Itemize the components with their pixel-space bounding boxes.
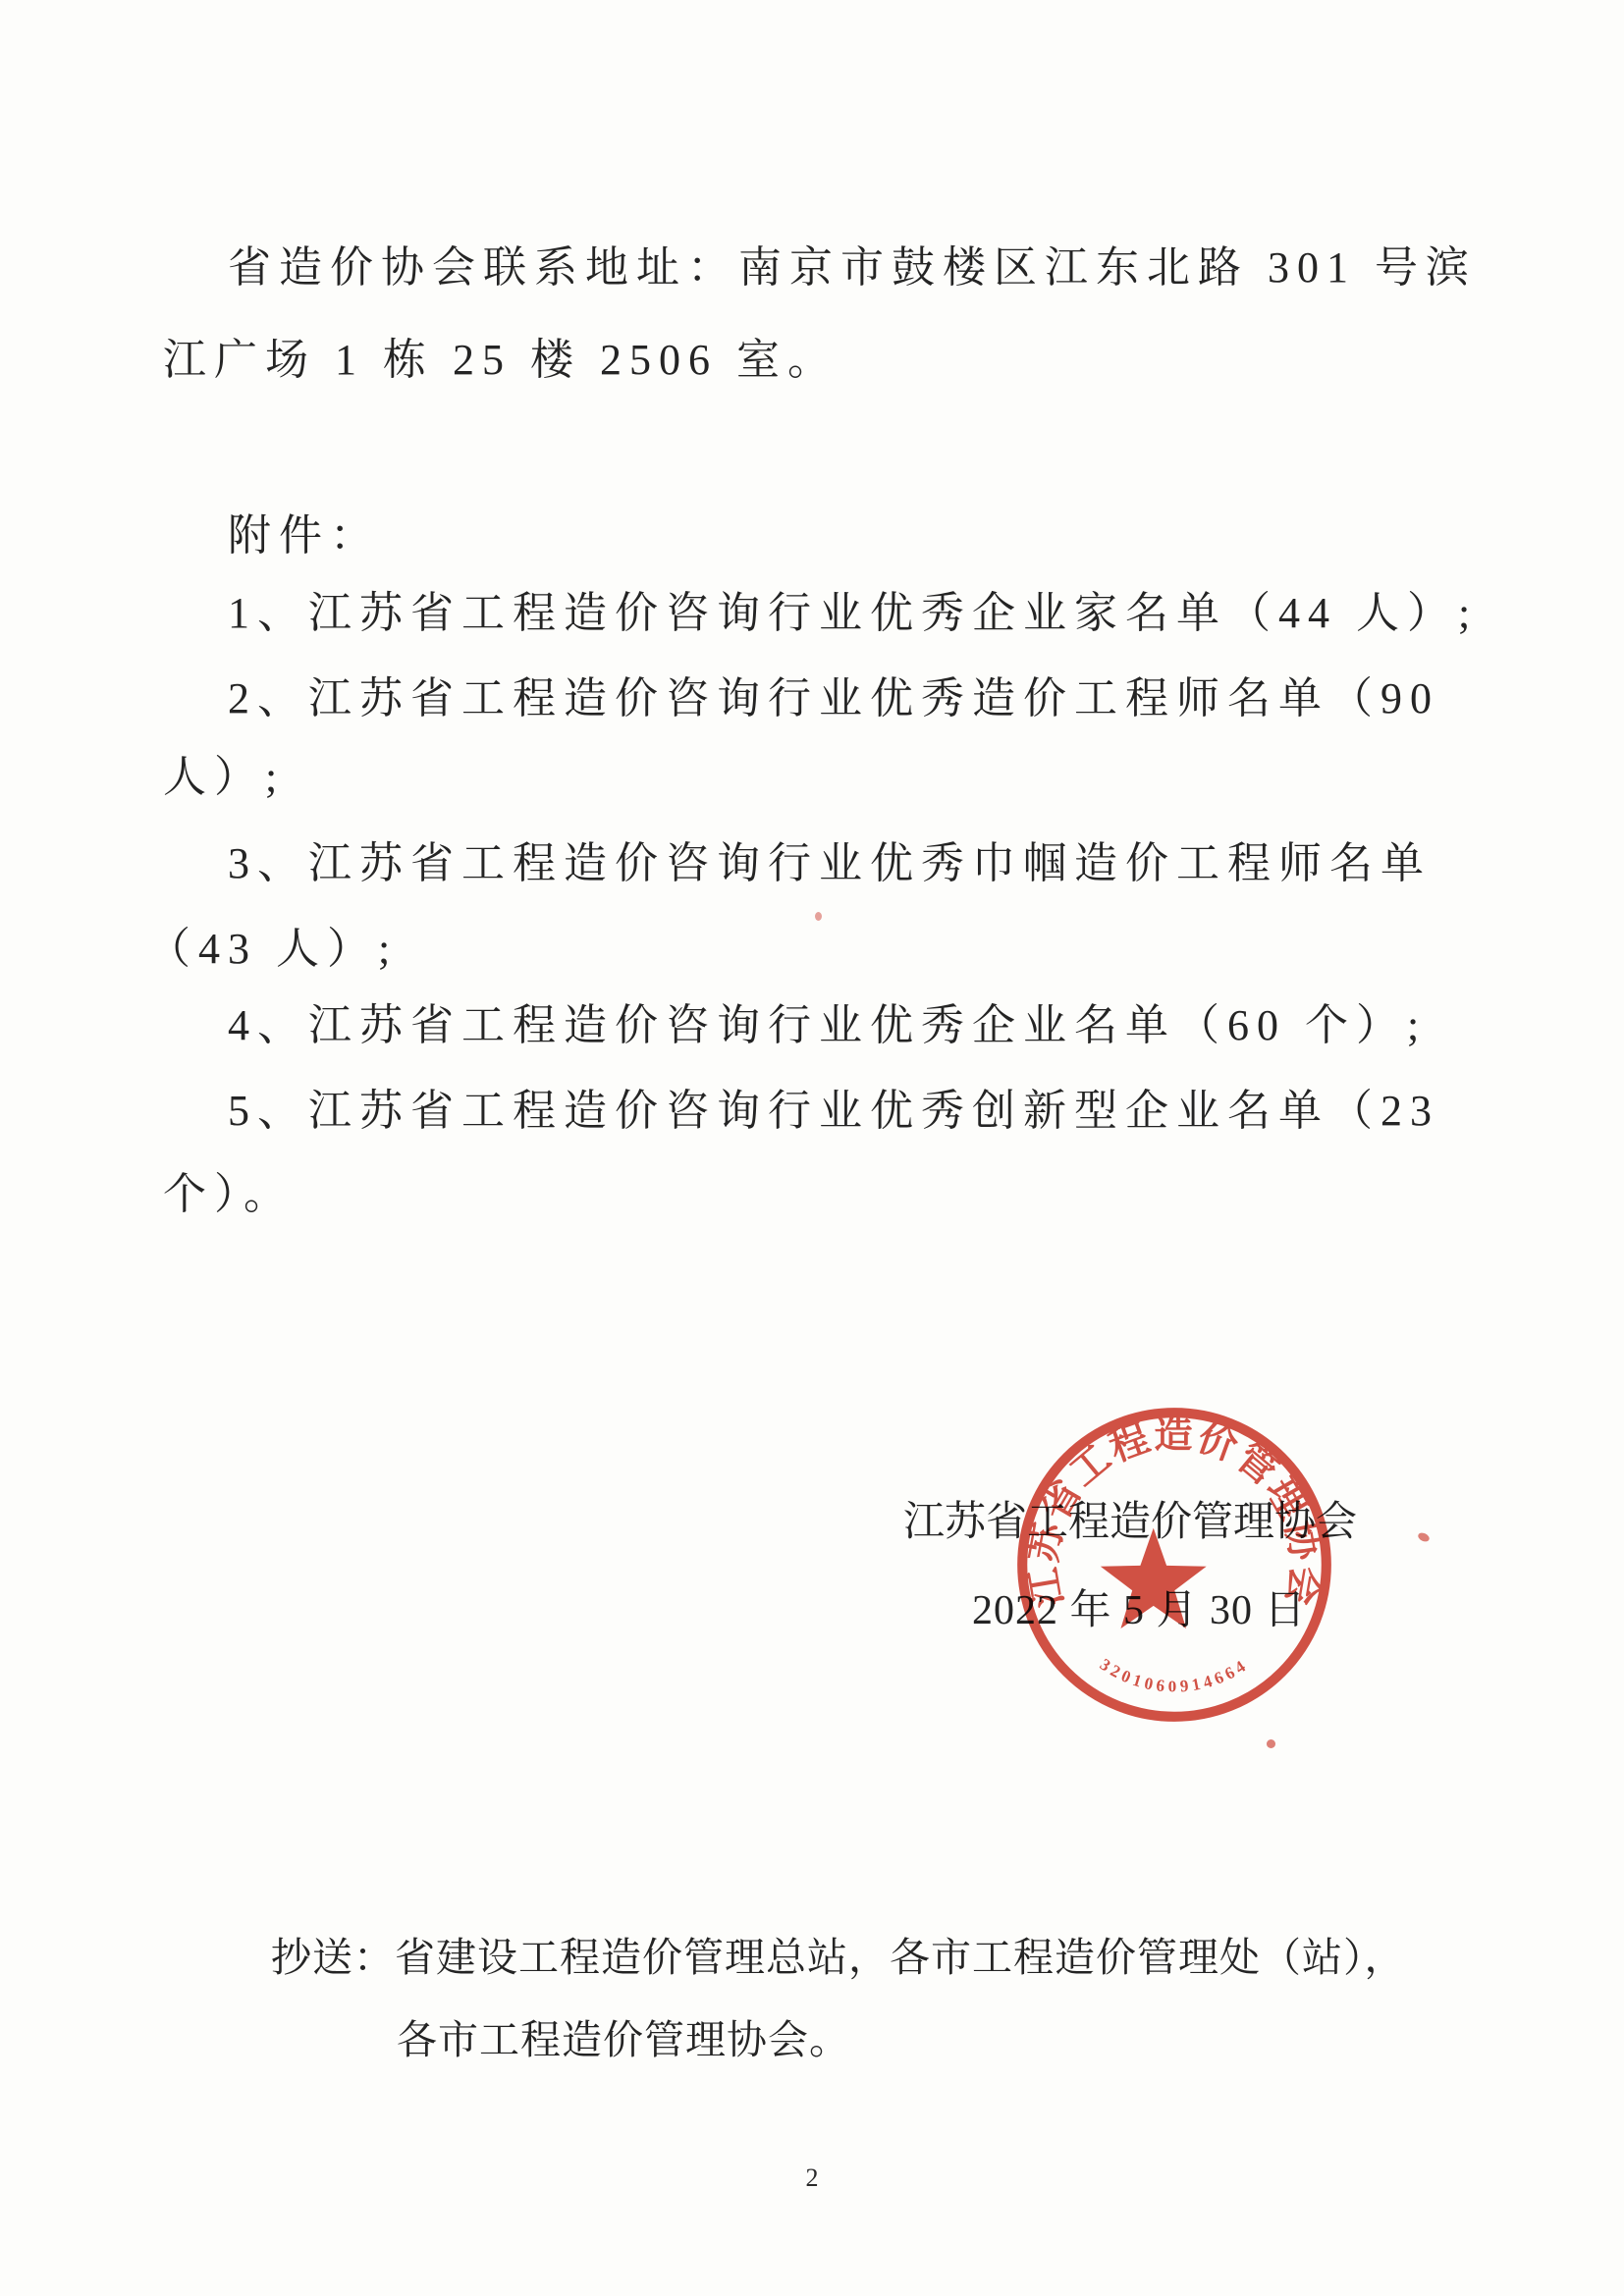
document-page: 省造价协会联系地址：南京市鼓楼区江东北路 301 号滨 江广场 1 栋 25 楼…: [0, 0, 1624, 2296]
attachments-heading: 附件：: [228, 514, 381, 558]
attachment-item-5-line-1: 5、江苏省工程造价咨询行业优秀创新型企业名单（23: [228, 1090, 1439, 1133]
attachment-item-3-line-2: （43 人）;: [147, 928, 398, 971]
ink-speck: [1417, 1531, 1431, 1543]
page-number: 2: [0, 2163, 1624, 2193]
attachment-item-2-line-1: 2、江苏省工程造价咨询行业优秀造价工程师名单（90: [228, 677, 1439, 721]
ink-speck: [815, 912, 822, 921]
cc-line-2: 各市工程造价管理协会。: [397, 2020, 850, 2060]
attachment-item-1: 1、江苏省工程造价咨询行业优秀企业家名单（44 人）;: [228, 592, 1478, 635]
address-line-1: 省造价协会联系地址：南京市鼓楼区江东北路 301 号滨: [228, 246, 1477, 290]
ink-speck: [1267, 1739, 1275, 1748]
attachment-item-3-line-1: 3、江苏省工程造价咨询行业优秀巾帼造价工程师名单: [228, 842, 1432, 885]
cc-line-1: 抄送：省建设工程造价管理总站，各市工程造价管理处（站），: [271, 1938, 1406, 1978]
attachment-item-4: 4、江苏省工程造价咨询行业优秀企业名单（60 个）;: [228, 1004, 1427, 1047]
address-line-2: 江广场 1 栋 25 楼 2506 室。: [163, 339, 839, 382]
seal-star-icon: [1101, 1528, 1207, 1629]
seal-code: 3201060914664: [1097, 1655, 1252, 1696]
attachment-item-5-line-2: 个）。: [163, 1173, 295, 1216]
official-seal: 江苏省工程造价管理协会 3201060914664: [1005, 1396, 1343, 1734]
attachment-item-2-line-2: 人）;: [163, 756, 285, 799]
